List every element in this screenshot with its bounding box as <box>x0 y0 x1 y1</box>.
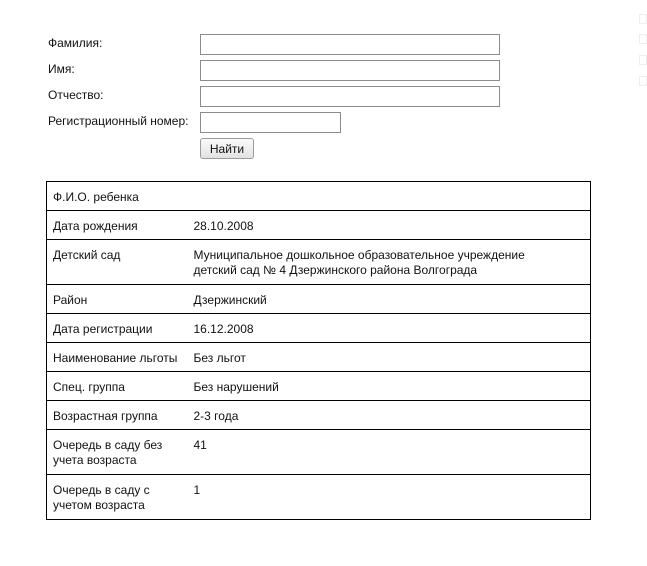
table-row: РайонДзержинский <box>47 285 591 314</box>
edge-artifact-icon <box>639 34 647 44</box>
name-input[interactable] <box>200 60 500 81</box>
table-row: Ф.И.О. ребенка <box>47 182 591 211</box>
row-key: Возрастная группа <box>47 401 188 430</box>
row-value: 16.12.2008 <box>188 314 591 343</box>
surname-label: Фамилия: <box>48 36 102 50</box>
row-value: 1 <box>188 475 591 520</box>
row-value: 2-3 года <box>188 401 591 430</box>
patronymic-input[interactable] <box>200 86 500 107</box>
row-value: Дзержинский <box>188 285 591 314</box>
edge-artifact-icon <box>639 14 647 24</box>
row-value: Без льгот <box>188 343 591 372</box>
surname-input[interactable] <box>200 34 500 55</box>
result-table: Ф.И.О. ребенка Дата рождения28.10.2008 Д… <box>46 181 591 520</box>
row-key: Очередь в саду без учета возраста <box>47 430 188 475</box>
row-key: Очередь в саду с учетом возраста <box>47 475 188 520</box>
table-row: Очередь в саду без учета возраста41 <box>47 430 591 475</box>
search-button[interactable]: Найти <box>200 138 254 159</box>
row-value: 41 <box>188 430 591 475</box>
edge-artifact-icon <box>639 76 647 86</box>
table-row: Возрастная группа2-3 года <box>47 401 591 430</box>
table-row: Спец. группаБез нарушений <box>47 372 591 401</box>
edge-artifact-icon <box>639 55 647 65</box>
table-row: Наименование льготыБез льгот <box>47 343 591 372</box>
name-label: Имя: <box>48 62 75 76</box>
table-row: Очередь в саду с учетом возраста1 <box>47 475 591 520</box>
row-key: Детский сад <box>47 240 188 285</box>
regnum-input[interactable] <box>200 112 341 133</box>
row-key: Район <box>47 285 188 314</box>
row-value: Без нарушений <box>188 372 591 401</box>
row-key: Спец. группа <box>47 372 188 401</box>
row-key: Дата регистрации <box>47 314 188 343</box>
table-row: Детский садМуниципальное дошкольное обра… <box>47 240 591 285</box>
patronymic-label: Отчество: <box>48 88 104 102</box>
row-key: Дата рождения <box>47 211 188 240</box>
row-value <box>188 182 591 211</box>
regnum-label: Регистрационный номер: <box>48 114 188 128</box>
row-value: 28.10.2008 <box>188 211 591 240</box>
table-row: Дата регистрации16.12.2008 <box>47 314 591 343</box>
row-key: Наименование льготы <box>47 343 188 372</box>
row-key: Ф.И.О. ребенка <box>47 182 188 211</box>
table-row: Дата рождения28.10.2008 <box>47 211 591 240</box>
row-value: Муниципальное дошкольное образовательное… <box>188 240 591 285</box>
